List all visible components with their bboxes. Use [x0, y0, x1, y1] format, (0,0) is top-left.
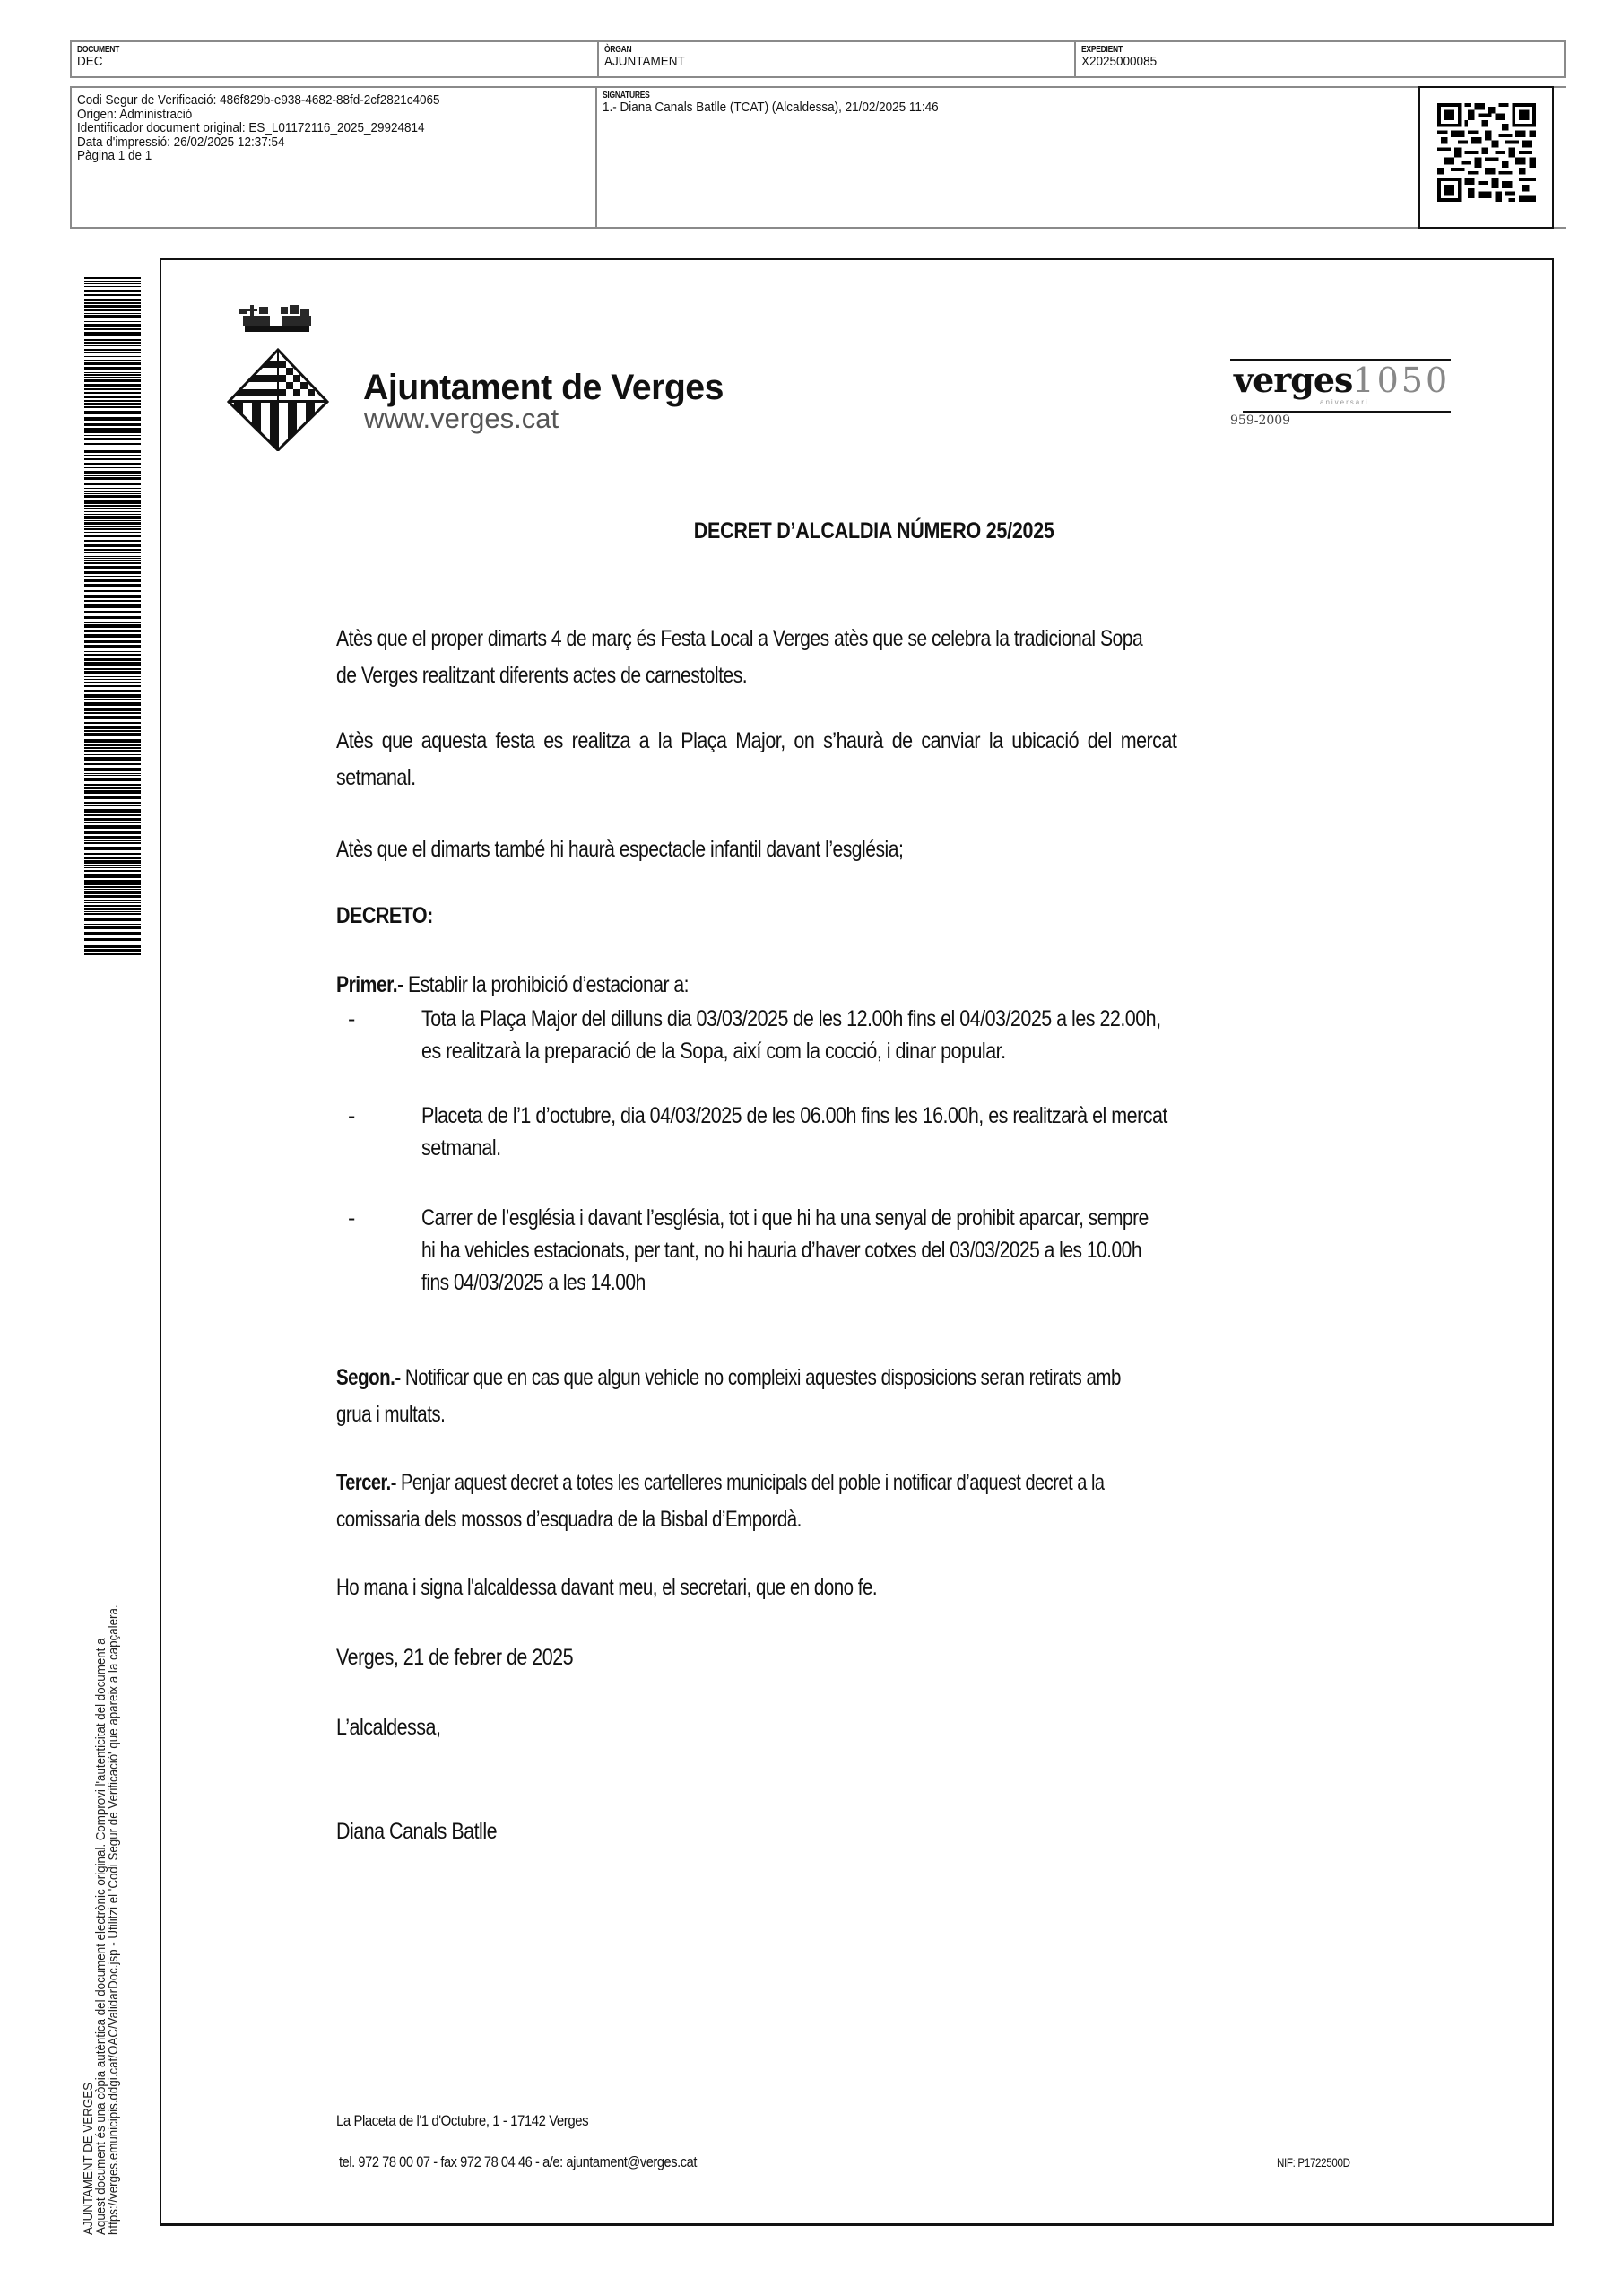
- footer-contact: tel. 972 78 00 07 - fax 972 78 04 46 - a…: [339, 2153, 697, 2171]
- recital-line: Atès que el proper dimarts 4 de març és …: [336, 621, 1219, 657]
- header-row-verification: Codi Segur de Verificació: 486f829b-e938…: [70, 86, 1566, 229]
- barcode-icon: [84, 277, 141, 956]
- article-tercer: Tercer.- Penjar aquest decret a totes le…: [336, 1465, 1381, 1538]
- bullet-line: es realitzarà la preparació de la Sopa, …: [421, 1035, 1246, 1067]
- original-document-id: Identificador document original: ES_L011…: [77, 121, 539, 135]
- article-primer: Primer.- Establir la prohibició d’estaci…: [336, 967, 1381, 1004]
- article-text: Notificar que en cas que algun vehicle n…: [401, 1365, 1121, 1390]
- document-label: DOCUMENT: [77, 45, 515, 55]
- recital-line: Atès que el dimarts també hi haurà espec…: [336, 831, 1219, 868]
- closing-text: Ho mana i signa l'alcaldessa davant meu,…: [336, 1570, 1193, 1606]
- bullet-marker: -: [348, 1003, 355, 1035]
- bullet-line: setmanal.: [421, 1132, 1246, 1164]
- csv-code: Codi Segur de Verificació: 486f829b-e938…: [77, 93, 539, 108]
- recital-1: Atès que el proper dimarts 4 de març és …: [336, 621, 1381, 694]
- decree-title-text: DECRET D’ALCALDIA NÚMERO 25/2025: [694, 518, 1054, 544]
- bullet-line: Placeta de l’1 d’octubre, dia 04/03/2025…: [421, 1100, 1246, 1132]
- article-label: Tercer.-: [336, 1470, 396, 1495]
- anniversary-logo: verges1050 aniversari 959-2009: [1230, 357, 1460, 430]
- document-cell: DOCUMENT DEC: [72, 42, 597, 76]
- article-label: Segon.-: [336, 1365, 401, 1390]
- decreto-heading: DECRETO:: [336, 898, 1381, 935]
- closing-formula: Ho mana i signa l'alcaldessa davant meu,…: [336, 1570, 1381, 1606]
- signer-name: Diana Canals Batlle: [336, 1813, 1381, 1850]
- article-text: comissaria dels mossos d’esquadra de la …: [336, 1501, 1193, 1538]
- recital-line: Atès que aquesta festa es realitza a la …: [336, 723, 1235, 760]
- page-count: Pàgina 1 de 1: [77, 149, 539, 163]
- recital-line: setmanal.: [336, 760, 1235, 796]
- verification-info-cell: Codi Segur de Verificació: 486f829b-e938…: [72, 88, 595, 227]
- article-text: grua i multats.: [336, 1396, 1193, 1433]
- coat-of-arms-icon: [227, 303, 330, 451]
- signatures-cell: SIGNATURES 1.- Diana Canals Batlle (TCAT…: [595, 88, 1420, 227]
- place-date-text: Verges, 21 de febrer de 2025: [336, 1639, 1235, 1676]
- bullet-marker: -: [348, 1100, 355, 1132]
- organ-cell: ÒRGAN AJUNTAMENT: [597, 42, 1074, 76]
- signer-role: L’alcaldessa,: [336, 1709, 1381, 1746]
- recital-3: Atès que el dimarts també hi haurà espec…: [336, 831, 1381, 868]
- signer-name-text: Diana Canals Batlle: [336, 1813, 1235, 1850]
- qr-code-icon: [1437, 102, 1536, 203]
- validation-note-line: https://verges.emunicipis.ddgi.cat/OAC/V…: [108, 1605, 120, 2235]
- anniversary-subtitle: aniversari: [1320, 398, 1369, 406]
- footer-nif: NIF: P1722500D: [1277, 2156, 1350, 2170]
- validation-note: AJUNTAMENT DE VERGES Aquest document és …: [82, 1550, 120, 2235]
- origin: Origen: Administració: [77, 108, 539, 122]
- recital-line: de Verges realitzant diferents actes de …: [336, 657, 1219, 694]
- header-row-document: DOCUMENT DEC ÒRGAN AJUNTAMENT EXPEDIENT …: [70, 40, 1566, 78]
- decree-title: DECRET D’ALCALDIA NÚMERO 25/2025: [0, 518, 1622, 544]
- article-segon: Segon.- Notificar que en cas que algun v…: [336, 1360, 1381, 1433]
- expedient-value: X2025000085: [1081, 55, 1511, 69]
- article-text: Establir la prohibició d’estacionar a:: [403, 972, 689, 997]
- bullet-line: Tota la Plaça Major del dilluns dia 03/0…: [421, 1003, 1246, 1035]
- article-text: Penjar aquest decret a totes les cartell…: [396, 1470, 1105, 1495]
- validation-note-line: AJUNTAMENT DE VERGES: [82, 1605, 95, 2235]
- expedient-cell: EXPEDIENT X2025000085: [1074, 42, 1564, 76]
- anniversary-years: 959-2009: [1230, 413, 1290, 428]
- place-date: Verges, 21 de febrer de 2025: [336, 1639, 1381, 1676]
- organization-website[interactable]: www.verges.cat: [364, 403, 559, 435]
- bullet-line: Carrer de l’església i davant l’església…: [421, 1202, 1227, 1234]
- validation-note-line: Aquest document és una còpia autèntica d…: [95, 1605, 108, 2235]
- bullet-marker: -: [348, 1202, 355, 1234]
- footer-address: La Placeta de l'1 d'Octubre, 1 - 17142 V…: [336, 2112, 588, 2130]
- recital-2: Atès que aquesta festa es realitza a la …: [336, 723, 1381, 796]
- organ-value: AJUNTAMENT: [604, 55, 1022, 69]
- signer-role-text: L’alcaldessa,: [336, 1709, 1235, 1746]
- document-value: DEC: [77, 55, 541, 69]
- decreto-label: DECRETO:: [336, 898, 1235, 935]
- bullet-line: fins 04/03/2025 a les 14.00h: [421, 1266, 1227, 1299]
- anniversary-number: 1050: [1352, 361, 1450, 400]
- signature-entry: 1.- Diana Canals Batlle (TCAT) (Alcaldes…: [603, 100, 1333, 115]
- print-date: Data d'impressió: 26/02/2025 12:37:54: [77, 135, 539, 150]
- article-label: Primer.-: [336, 972, 403, 997]
- anniversary-word: verges: [1234, 360, 1352, 400]
- bullet-line: hi ha vehicles estacionats, per tant, no…: [421, 1234, 1227, 1266]
